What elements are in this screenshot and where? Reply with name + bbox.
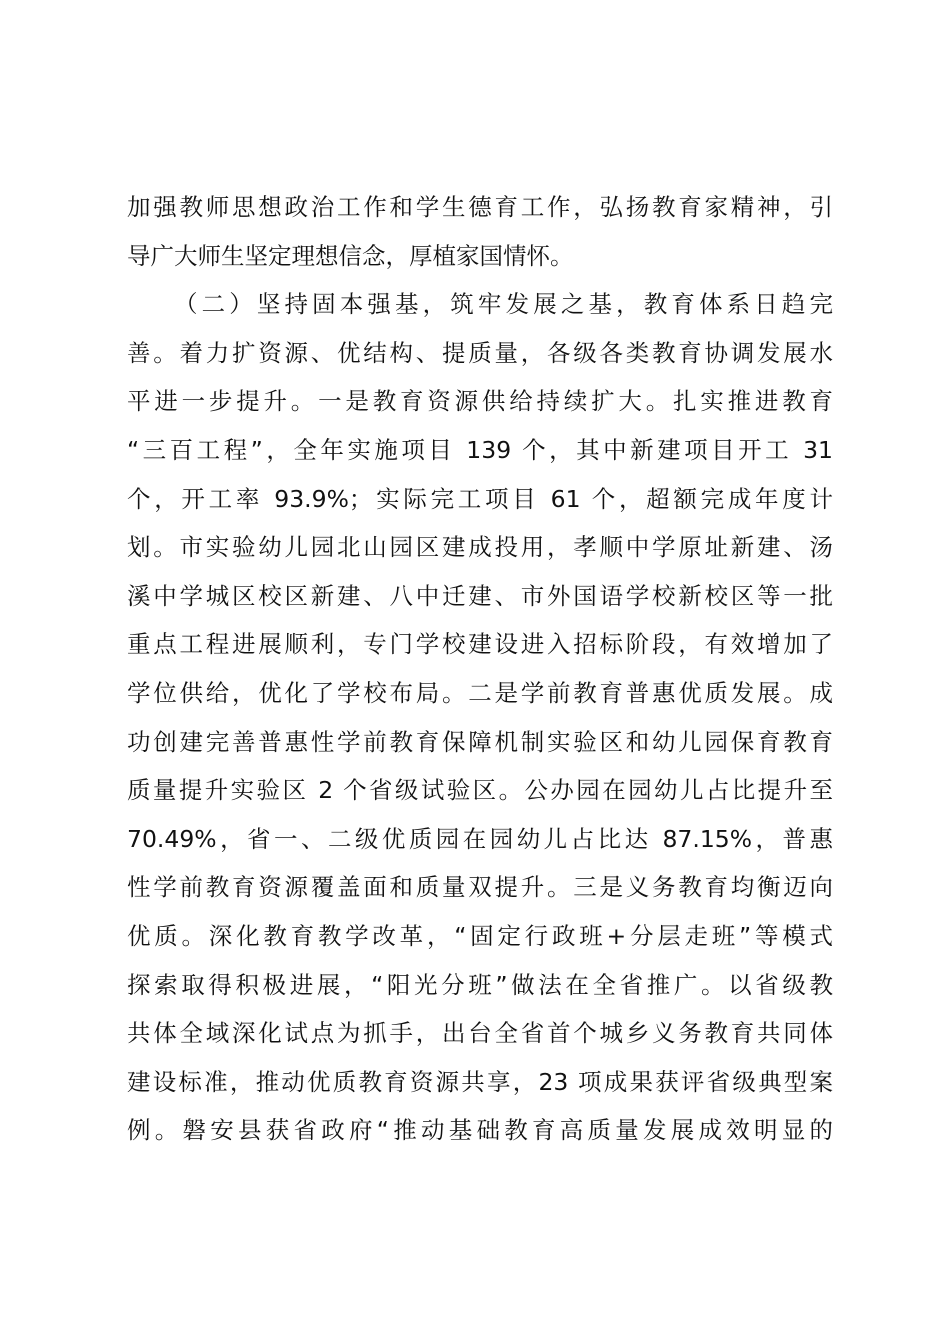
text-line: 善。着力扩资源、优结构、提质量，各级各类教育协调发展水	[127, 329, 833, 378]
text-line: 学位供给，优化了学校布局。二是学前教育普惠优质发展。成	[127, 669, 833, 718]
body-text: 加强教师思想政治工作和学生德育工作，弘扬教育家精神，引 导广大师生坚定理想信念，…	[127, 183, 833, 1155]
text-line: 个，开工率 93.9%；实际完工项目 61 个，超额完成年度计	[127, 475, 833, 524]
text-line: 划。市实验幼儿园北山园区建成投用，孝顺中学原址新建、汤	[127, 523, 833, 572]
text-line: 优质。深化教育教学改革，“固定行政班+分层走班”等模式	[127, 912, 833, 961]
text-line: 质量提升实验区 2 个省级试验区。公办园在园幼儿占比提升至	[127, 766, 833, 815]
text-line: 功创建完善普惠性学前教育保障机制实验区和幼儿园保育教育	[127, 718, 833, 767]
document-page: 加强教师思想政治工作和学生德育工作，弘扬教育家精神，引 导广大师生坚定理想信念，…	[0, 0, 950, 1344]
text-line: 共体全域深化试点为抓手，出台全省首个城乡义务教育共同体	[127, 1009, 833, 1058]
text-line: 重点工程进展顺利，专门学校建设进入招标阶段，有效增加了	[127, 620, 833, 669]
text-line: 加强教师思想政治工作和学生德育工作，弘扬教育家精神，引	[127, 183, 833, 232]
text-line: “三百工程”，全年实施项目 139 个，其中新建项目开工 31	[127, 426, 833, 475]
text-line: 溪中学城区校区新建、八中迁建、市外国语学校新校区等一批	[127, 572, 833, 621]
text-line: 70.49%，省一、二级优质园在园幼儿占比达 87.15%，普惠	[127, 815, 833, 864]
text-line: 探索取得积极进展，“阳光分班”做法在全省推广。以省级教	[127, 961, 833, 1010]
section-heading-line: （二）坚持固本强基，筑牢发展之基，教育体系日趋完	[127, 280, 833, 329]
text-line: 建设标准，推动优质教育资源共享，23 项成果获评省级典型案	[127, 1058, 833, 1107]
text-line: 导广大师生坚定理想信念，厚植家国情怀。	[127, 232, 833, 281]
text-line: 例。磐安县获省政府“推动基础教育高质量发展成效明显的	[127, 1106, 833, 1155]
text-line: 平进一步提升。一是教育资源供给持续扩大。扎实推进教育	[127, 377, 833, 426]
text-line: 性学前教育资源覆盖面和质量双提升。三是义务教育均衡迈向	[127, 863, 833, 912]
